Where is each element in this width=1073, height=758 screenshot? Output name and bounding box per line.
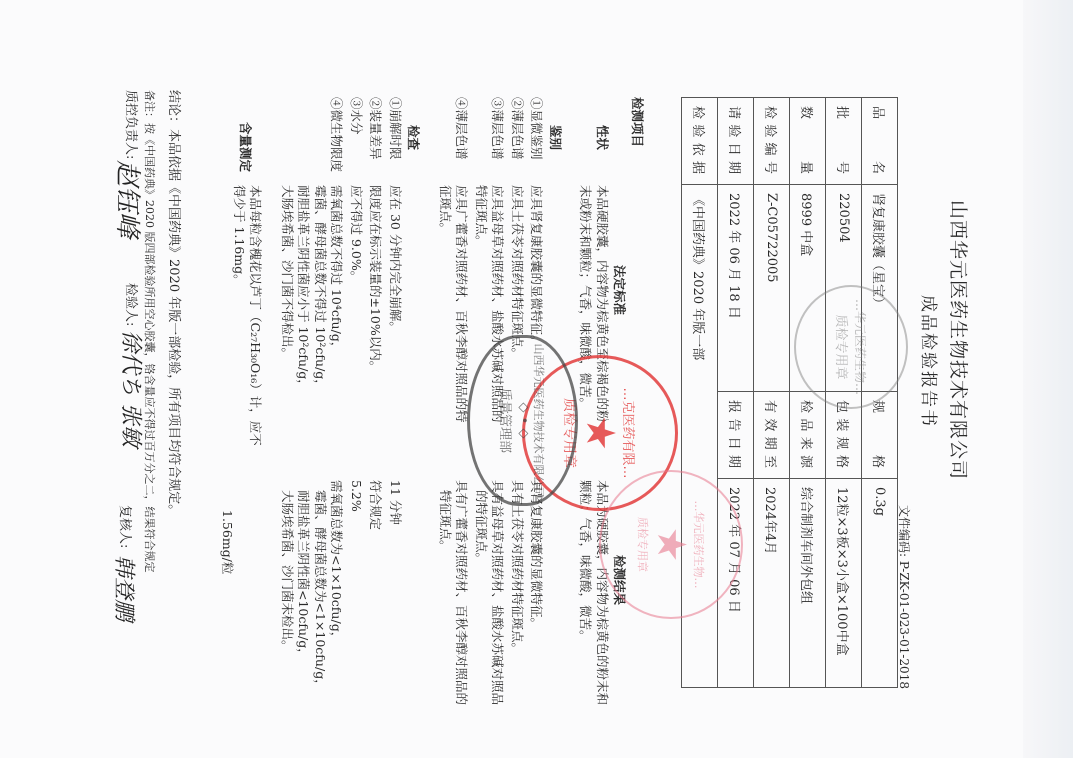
test-result: 具肾复康胶囊的显微特征。 <box>530 480 543 630</box>
company-name: 山西华元医药生物技术有限公司 <box>946 200 973 480</box>
test-standard: 应具肾复康胶囊的显微特征。 <box>530 185 543 348</box>
test-item-name: ③薄层色谱 <box>491 97 504 160</box>
test-item-name: ②装量差异 <box>369 97 382 160</box>
test-result: 1.56mg/粒 <box>221 510 234 574</box>
test-result: 本品为硬胶囊，内容物为棕黄色的粉末和 <box>596 480 609 705</box>
field-value: 2022 年 06 月 18 日 <box>718 185 754 392</box>
field-value: 8999 中盒 <box>790 185 826 392</box>
reviewer-label: 复核人: <box>118 505 131 548</box>
test-standard: 应具广藿香对照药材、百秋李醇对照品的特 <box>455 185 468 423</box>
field-label: 有效期至 <box>754 392 790 479</box>
test-standard: 应不得过 9.0%。 <box>350 185 363 283</box>
test-result: 大肠埃希菌、沙门菌未检出。 <box>281 490 294 653</box>
diamond-icon: ◇ • ◇ <box>517 403 532 439</box>
col-result-header: 检测结果 <box>613 555 626 605</box>
test-item-name: ①崩解时限 <box>389 97 402 160</box>
field-value: 《中国药典》2020 年版一部 <box>682 185 718 688</box>
field-label: 批 号 <box>826 98 862 185</box>
test-result: 5.2% <box>350 480 363 512</box>
test-standard: 需氧菌总数不得过 10⁴cfu/g， <box>330 185 343 354</box>
test-standard: 耐胆盐革兰阴性菌应小于 10²cfu/g， <box>297 185 310 392</box>
info-row: 检验依据《中国药典》2020 年版一部 <box>682 98 718 688</box>
field-label: 规 格 <box>862 392 898 479</box>
test-result: 具有广藿香对照药材、百秋李醇对照品的 <box>455 480 468 705</box>
report-page: 山西华元医药生物技术有限公司 成品检验报告书 文件编码: P-ZK-01-023… <box>0 0 1073 758</box>
test-item-name: ③水分 <box>350 97 363 135</box>
conclusion: 结论：本品依据《中国药典》2020 年版一部检验，所有项目均符合规定。 <box>167 90 180 517</box>
field-value: 0.3g <box>862 479 898 688</box>
test-item-name: ④薄层色谱 <box>455 97 468 160</box>
inspector-signature: 徐代ち 张敏 <box>117 330 148 447</box>
scan-shadow <box>1023 0 1073 758</box>
reviewer-signature: 韩登鹏 <box>110 555 141 621</box>
file-code: 文件编码: P-ZK-01-023-01-2018 <box>896 505 913 689</box>
col-item-header: 检测项目 <box>631 97 644 147</box>
test-standard: 征斑点。 <box>439 185 452 235</box>
test-result: 耐胆盐革兰阴性菌<10cfu/g， <box>297 490 310 661</box>
test-result: 需氧菌总数为<1×10cfu/g， <box>330 480 343 644</box>
info-row: 批 号220504包装规格12粒×3板×3小盒×100中盒 <box>826 98 862 688</box>
test-result: 的特征斑点。 <box>475 490 488 565</box>
test-result: 符合规定 <box>369 480 382 530</box>
field-value: 肾复康胶囊（星宝） <box>862 185 898 392</box>
field-label: 检验依据 <box>682 98 718 185</box>
field-label: 检验编号 <box>754 98 790 185</box>
test-result: 具有土茯苓对照药材特征斑点。 <box>511 480 524 655</box>
section-header: 含量测定 <box>239 122 252 172</box>
field-value: 12粒×3板×3小盒×100中盒 <box>826 479 862 688</box>
info-row: 数 量8999 中盒检品来源综合制剂车间外包组 <box>790 98 826 688</box>
field-value: 2024年4月 <box>754 479 790 688</box>
test-standard: 应具土茯苓对照药材特征斑点。 <box>511 185 524 360</box>
test-result: 颗粒；气香，味微酸，微苦。 <box>579 480 592 643</box>
test-item-name: ①显微鉴别 <box>530 97 543 160</box>
test-standard: 特征斑点。 <box>475 185 488 248</box>
test-standard: 应在 30 分钟内完全崩解。 <box>389 185 402 334</box>
test-item-name: ②薄层色谱 <box>511 97 524 160</box>
field-label: 数 量 <box>790 98 826 185</box>
section-header: 检查 <box>407 125 420 150</box>
test-result: 具有益母草对照药材、盐酸水苏碱对照品 <box>491 480 504 705</box>
test-standard: 末或粉末和颗粒；气香，味微酸，微苦。 <box>579 185 592 410</box>
field-label: 请验日期 <box>718 98 754 185</box>
test-standard: 应具益母草对照药材、盐酸水苏碱对照品的 <box>491 185 504 423</box>
field-label: 品 名 <box>862 98 898 185</box>
info-row: 检验编号Z-C05722005有效期至2024年4月 <box>754 98 790 688</box>
test-result: 特征斑点。 <box>439 490 452 553</box>
section-header: 性状 <box>596 125 609 150</box>
info-row: 品 名肾复康胶囊（星宝）规 格0.3g <box>862 98 898 688</box>
test-standard: 得少于 1.16mg。 <box>233 185 246 287</box>
field-label: 包装规格 <box>826 392 862 479</box>
inspector-label: 检验人: <box>124 283 137 326</box>
test-result: 霉菌、酵母菌总数为<1×10cfu/g， <box>314 490 327 692</box>
test-standard: 本品硬胶囊，内容物为棕黄色至棕褐色的粉 <box>596 185 609 423</box>
test-standard: 大肠埃希菌、沙门菌不得检出。 <box>281 185 294 360</box>
qc-signature: 赵钰峰 <box>111 160 148 238</box>
field-value: 2022 年 07 月 06 日 <box>718 479 754 688</box>
field-value: 220504 <box>826 185 862 392</box>
test-standard: 限度应在标示装量的±10%以内。 <box>369 185 382 373</box>
info-row: 请验日期2022 年 06 月 18 日报告日期2022 年 07 月 06 日 <box>718 98 754 688</box>
field-value: 综合制剂车间外包组 <box>790 479 826 688</box>
info-table: 品 名肾复康胶囊（星宝）规 格0.3g批 号220504包装规格12粒×3板×3… <box>681 97 898 688</box>
field-label: 报告日期 <box>718 392 754 479</box>
test-standard: 霉菌、酵母菌总数不得过 10²cfu/g， <box>314 185 327 392</box>
field-label: 检品来源 <box>790 392 826 479</box>
field-value: Z-C05722005 <box>754 185 790 392</box>
col-standard-header: 法定标准 <box>613 265 626 315</box>
qc-label: 质控负责人: <box>124 90 137 159</box>
test-standard: 本品每粒含槐花以芦丁（C₂₇H₃₀O₁₆）计，应不 <box>249 185 262 446</box>
report-title: 成品检验报告书 <box>918 295 943 428</box>
section-header: 鉴别 <box>549 125 562 150</box>
test-result: 11 分钟 <box>389 480 402 525</box>
test-item-name: ④微生物限度 <box>330 97 343 172</box>
